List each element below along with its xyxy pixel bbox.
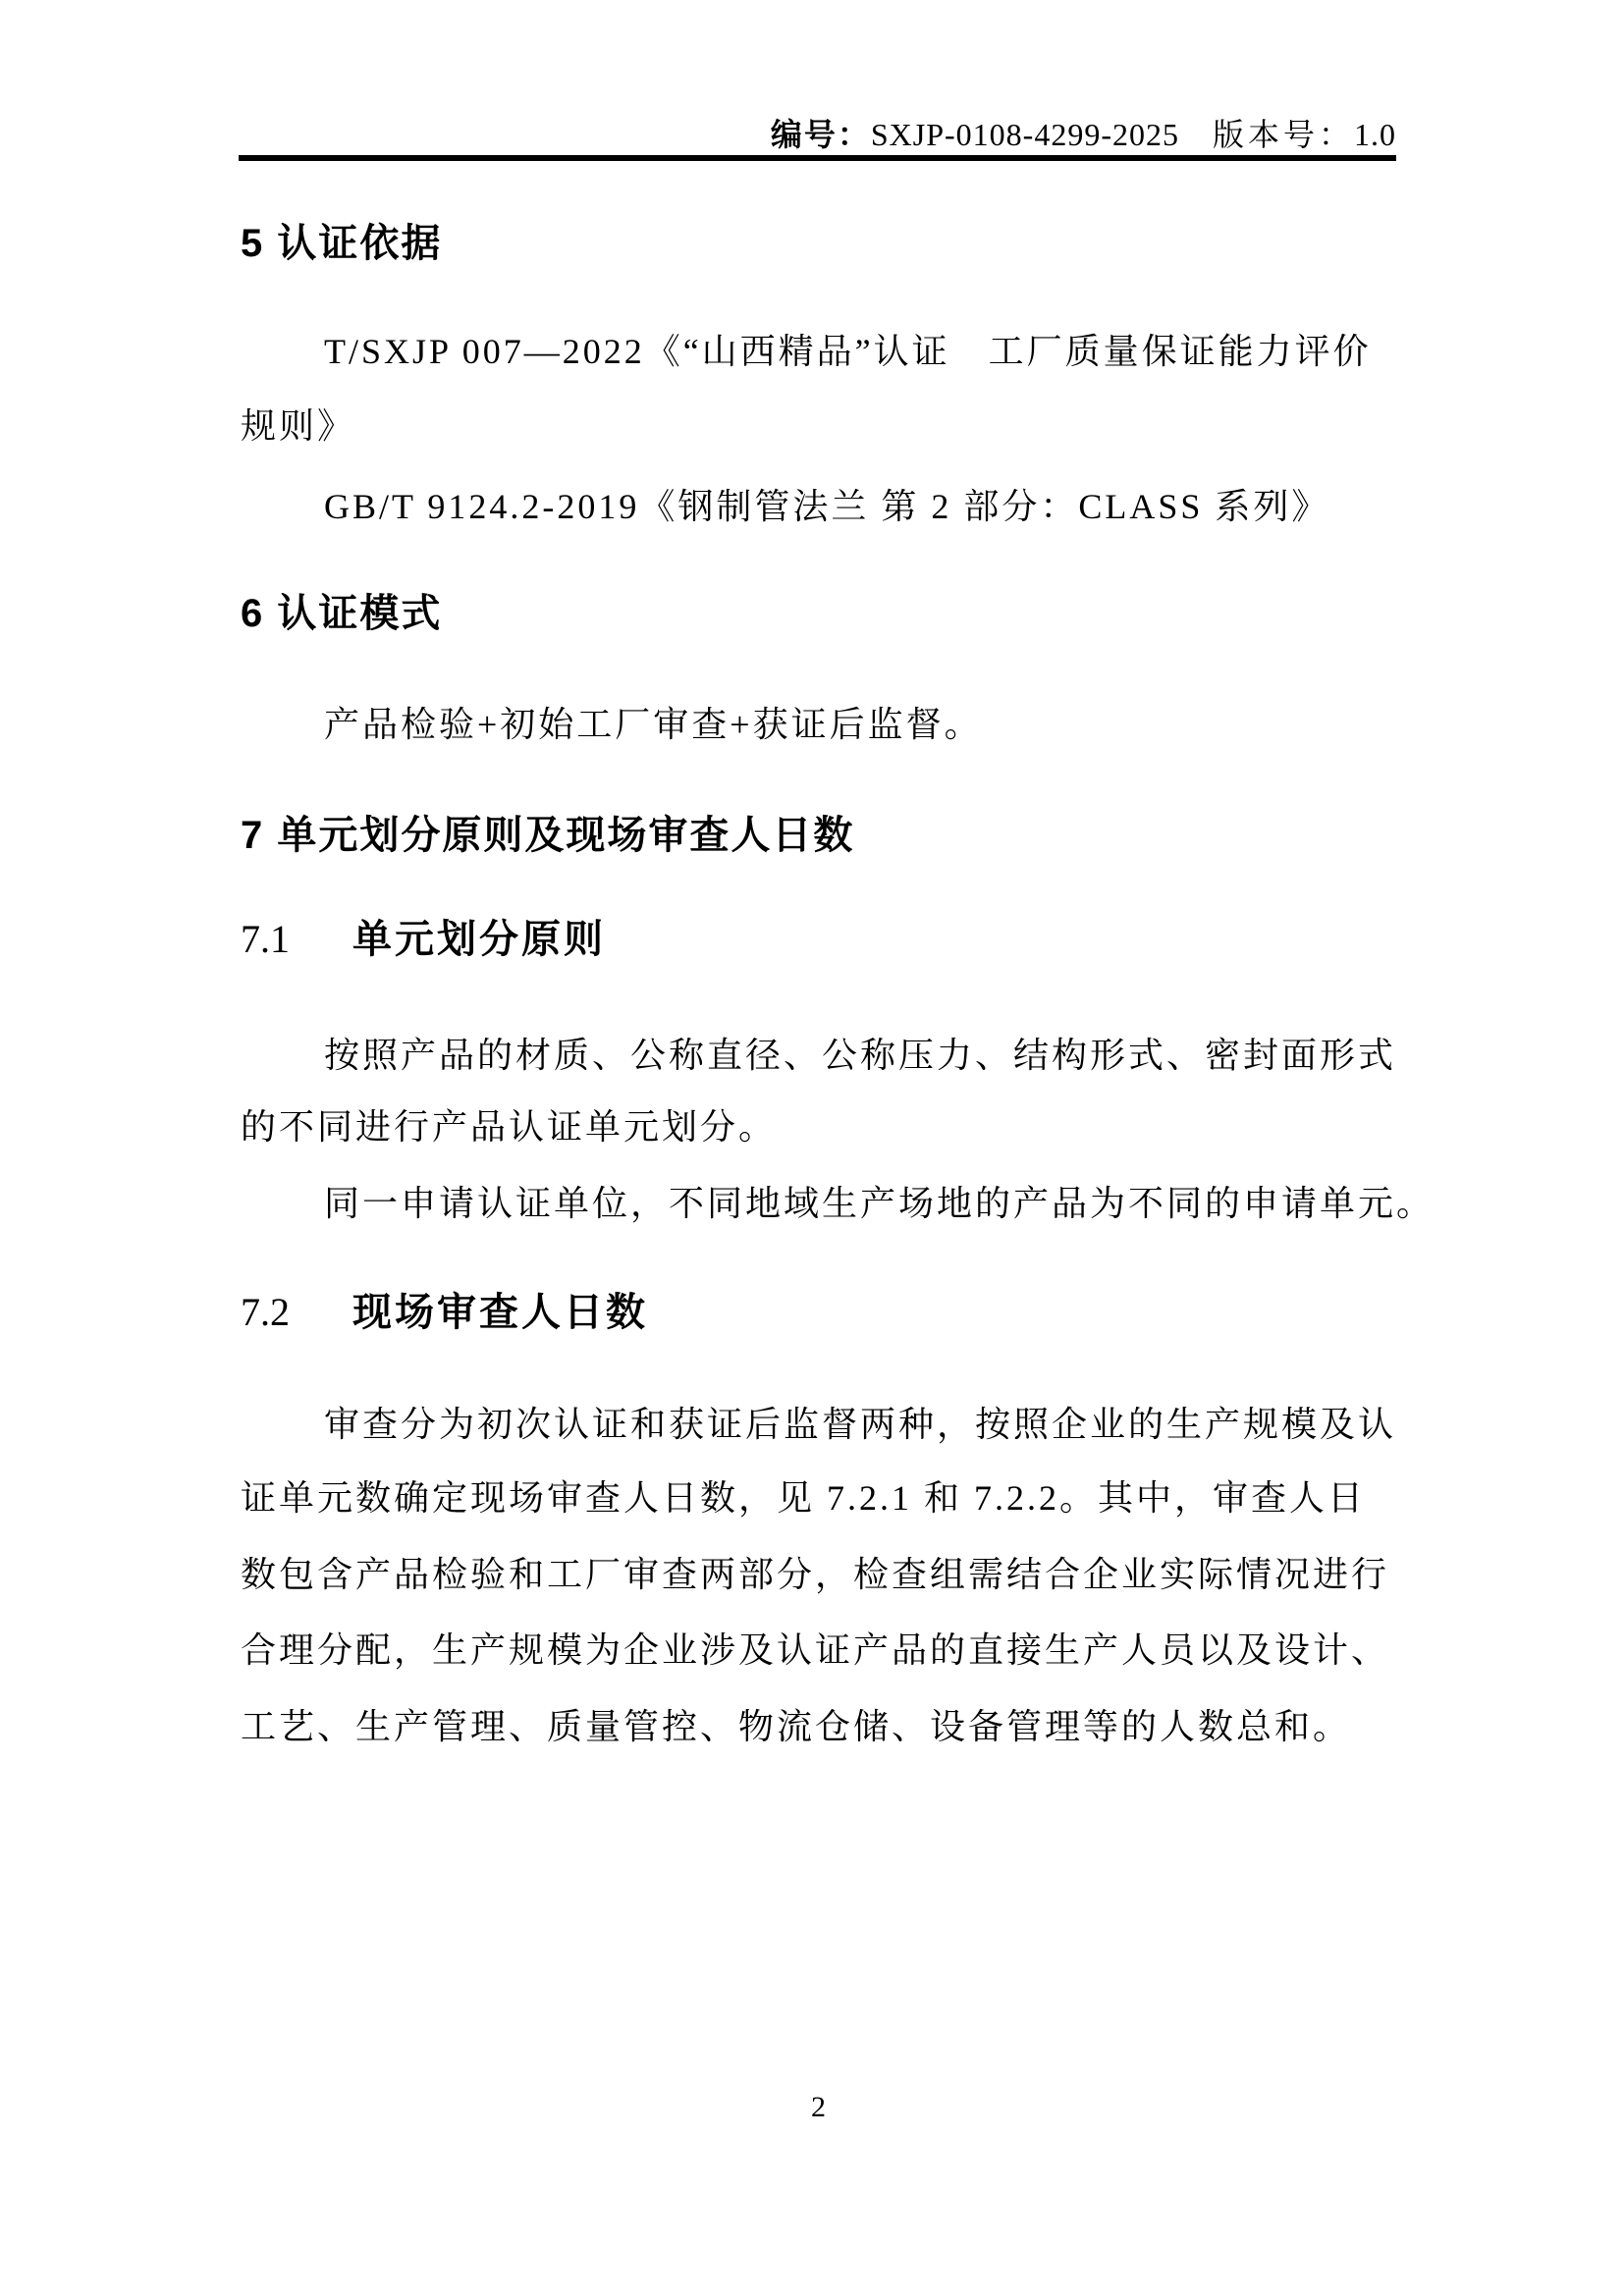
paragraph-line: 的不同进行产品认证单元划分。	[241, 1108, 777, 1146]
paragraph-line: 同一申请认证单位，不同地域生产场地的产品为不同的申请单元。	[324, 1185, 1435, 1222]
version-label: 版本号：	[1213, 117, 1354, 152]
paragraph-line: 审查分为初次认证和获证后监督两种，按照企业的生产规模及认	[324, 1406, 1396, 1443]
paragraph-line: 工艺、生产管理、质量管控、物流仓储、设备管理等的人数总和。	[241, 1708, 1351, 1745]
paragraph-line: 合理分配，生产规模为企业涉及认证产品的直接生产人员以及设计、	[241, 1631, 1389, 1669]
section-7-2-number: 7.2	[241, 1290, 290, 1334]
section-6-heading: 6 认证模式	[241, 594, 442, 633]
paragraph-line: 数包含产品检验和工厂审查两部分，检查组需结合企业实际情况进行	[241, 1556, 1389, 1593]
section-7-1-number: 7.1	[241, 917, 290, 961]
document-page: 编号：SXJP-0108-4299-2025版本号：1.0 5 认证依据 T/S…	[0, 0, 1624, 2296]
section-5-heading: 5 认证依据	[241, 224, 442, 263]
section-7-2-title: 现场审查人日数	[352, 1291, 648, 1334]
page-header: 编号：SXJP-0108-4299-2025版本号：1.0	[771, 116, 1396, 153]
doc-number-label: 编号：	[771, 117, 871, 152]
paragraph-line: 产品检验+初始工厂审查+获证后监督。	[324, 706, 983, 743]
doc-number-value: SXJP-0108-4299-2025	[871, 117, 1179, 152]
paragraph-line: T/SXJP 007—2022《“山西精品”认证 工厂质量保证能力评价	[324, 333, 1372, 370]
paragraph-line: 规则》	[241, 407, 355, 445]
section-7-2-heading: 7.2现场审查人日数	[241, 1293, 648, 1332]
paragraph-line: 证单元数确定现场审查人日数，见 7.2.1 和 7.2.2。其中，审查人日	[241, 1479, 1366, 1517]
paragraph-line: GB/T 9124.2-2019《钢制管法兰 第 2 部分：CLASS 系列》	[324, 488, 1329, 525]
section-7-heading: 7 单元划分原则及现场审查人日数	[241, 816, 854, 855]
paragraph-line: 按照产品的材质、公称直径、公称压力、结构形式、密封面形式	[324, 1037, 1396, 1074]
version-value: 1.0	[1354, 117, 1396, 152]
header-rule	[239, 155, 1396, 161]
page-number: 2	[241, 2092, 1396, 2123]
section-7-1-heading: 7.1单元划分原则	[241, 920, 606, 959]
section-7-1-title: 单元划分原则	[352, 918, 606, 961]
